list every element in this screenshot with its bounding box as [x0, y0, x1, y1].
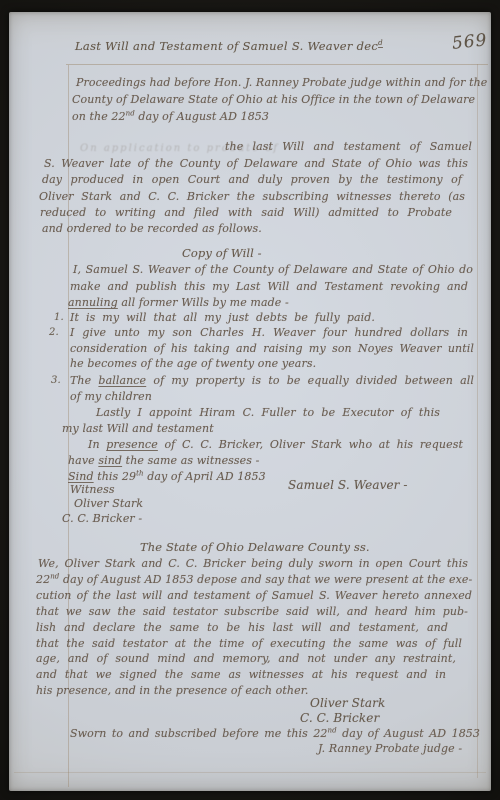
text-line: County of Delaware State of Ohio at his … — [72, 93, 472, 106]
text-line: The ballance of my property is to be equ… — [70, 374, 474, 387]
photo-background: 569 Last Will and Testament of Samuel S.… — [0, 0, 500, 800]
item-number: 1. — [54, 311, 64, 324]
text-line: We, Oliver Stark and C. C. Bricker being… — [38, 557, 468, 570]
text-line: Sind this 29th day of April AD 1853 — [68, 470, 266, 483]
text-line: my last Will and testament — [62, 422, 214, 435]
text-line: Proceedings had before Hon. J. Ranney Pr… — [76, 76, 472, 89]
text-line: make and publish this my Last Will and T… — [70, 280, 468, 293]
text-line: I give unto my son Charles H. Weaver fou… — [70, 326, 468, 339]
signature-c-c-bricker: C. C. Bricker - — [62, 512, 142, 525]
text-line: lish and declare the same to be his last… — [36, 621, 448, 634]
text-line: and ordered to be recorded as follows. — [42, 222, 262, 235]
text-line: Witness — [70, 483, 115, 496]
text-line: reduced to writing and filed with said W… — [40, 206, 452, 219]
document-title: Last Will and Testament of Samuel S. Wea… — [75, 40, 343, 53]
text-line: I, Samuel S. Weaver of the County of Del… — [73, 263, 473, 276]
text-line: on the 22nd day of August AD 1853 — [72, 110, 269, 123]
text-line: consideration of his taking and raising … — [70, 342, 474, 355]
text-line: cution of the last will and testament of… — [36, 589, 472, 602]
text-line: and that we signed the same as witnesses… — [36, 668, 446, 681]
text-line: Lastly I appoint Hiram C. Fuller to be E… — [96, 406, 440, 419]
text-line: age, and of sound mind and memory, and n… — [36, 652, 456, 665]
signature-samuel-s-weaver: Samuel S. Weaver - — [288, 479, 408, 492]
text-line: have sind the same as witnesses - — [68, 454, 259, 467]
text-line: that the said testator at the time of ex… — [36, 637, 462, 650]
text-line: Oliver Stark and C. C. Bricker the subsc… — [39, 190, 465, 203]
text-line: he becomes of the age of twenty one year… — [70, 357, 316, 370]
text-line: of my children — [70, 390, 152, 403]
text-line: annuling all former Wills by me made - — [68, 296, 289, 309]
signature-oliver-stark-2: Oliver Stark — [310, 697, 385, 710]
text-layer: 569 Last Will and Testament of Samuel S.… — [0, 0, 500, 800]
state-heading: The State of Ohio Delaware County ss. — [140, 541, 362, 554]
text-line: the last Will and testament of Samuel — [225, 140, 472, 153]
text-line: In presence of C. C. Bricker, Oliver Sta… — [88, 438, 463, 451]
signature-probate-judge: J. Ranney Probate judge - — [318, 742, 462, 755]
item-number: 2. — [49, 326, 59, 339]
signature-c-c-bricker-2: C. C. Bricker — [300, 712, 379, 725]
signature-oliver-stark: Oliver Stark — [74, 497, 143, 510]
text-line: It is my will that all my just debts be … — [70, 311, 375, 324]
text-line: his presence, and in the presence of eac… — [36, 684, 308, 697]
text-line: 22nd day of August AD 1853 depose and sa… — [36, 573, 470, 586]
text-line: day produced in open Court and duly prov… — [42, 173, 462, 186]
text-line: S. Weaver late of the County of Delaware… — [44, 157, 468, 170]
copy-of-will-heading: Copy of Will - — [182, 247, 262, 260]
item-number: 3. — [51, 374, 61, 387]
text-line: Sworn to and subscribed before me this 2… — [70, 727, 480, 740]
page-number: 569 — [451, 34, 488, 51]
text-line: that we saw the said testator subscribe … — [36, 605, 468, 618]
